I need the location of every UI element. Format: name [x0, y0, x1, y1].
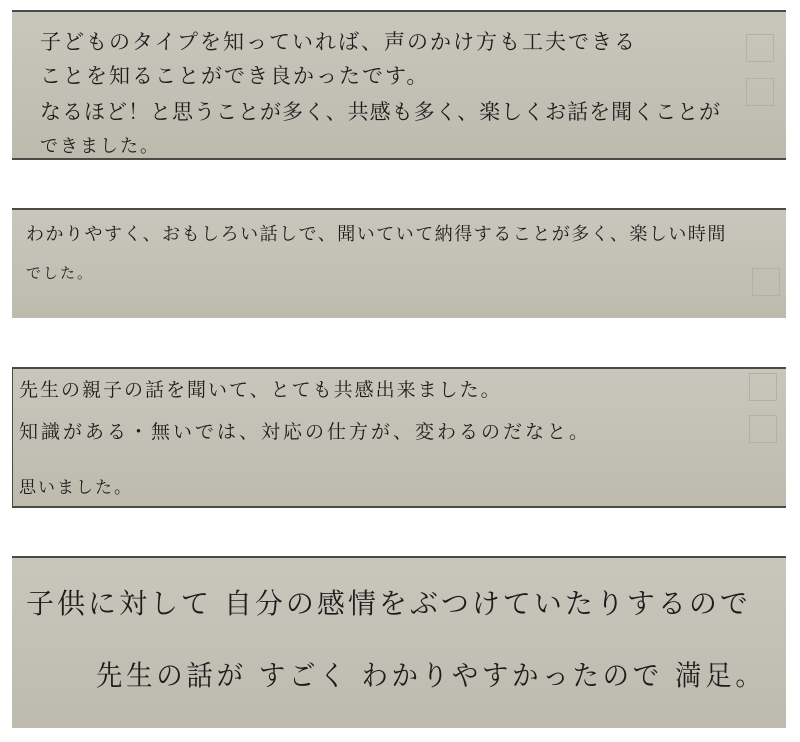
faded-checkbox-icon — [749, 415, 777, 443]
response-1-line-4: できました。 — [40, 132, 160, 158]
response-1-line-1: 子どものタイプを知っていれば、声のかけ方も工夫できる — [40, 26, 637, 56]
response-card-4: 子供に対して 自分の感情をぶつけていたりするので 先生の話が すごく わかりやす… — [12, 556, 786, 728]
response-card-3: 先生の親子の話を聞いて、とても共感出来ました。 知識がある・無いでは、対応の仕方… — [12, 367, 786, 508]
response-2-line-2: でした。 — [26, 262, 94, 283]
response-3-line-2: 知識がある・無いでは、対応の仕方が、変わるのだなと。 — [19, 417, 591, 444]
response-4-line-2: 先生の話が すごく わかりやすかったので 満足。 — [96, 654, 765, 694]
faded-checkbox-icon — [746, 34, 774, 62]
response-card-1: 子どものタイプを知っていれば、声のかけ方も工夫できる ことを知ることができ良かっ… — [12, 10, 786, 160]
response-1-line-3: なるほど！と思うことが多く、共感も多く、楽しくお話を聞くことが — [40, 96, 721, 126]
faded-checkbox-icon — [746, 78, 774, 106]
response-4-line-1: 子供に対して 自分の感情をぶつけていたりするので — [26, 582, 751, 622]
response-2-line-1: わかりやすく、おもしろい話しで、聞いていて納得することが多く、楽しい時間 — [26, 220, 727, 246]
response-1-line-2: ことを知ることができ良かったです。 — [40, 60, 429, 90]
response-3-line-1: 先生の親子の話を聞いて、とても共感出来ました。 — [19, 375, 502, 402]
response-card-2: わかりやすく、おもしろい話しで、聞いていて納得することが多く、楽しい時間 でした… — [12, 208, 786, 318]
faded-checkbox-icon — [749, 373, 777, 401]
response-3-line-3: 思いました。 — [19, 473, 133, 498]
faded-checkbox-icon — [752, 268, 780, 296]
